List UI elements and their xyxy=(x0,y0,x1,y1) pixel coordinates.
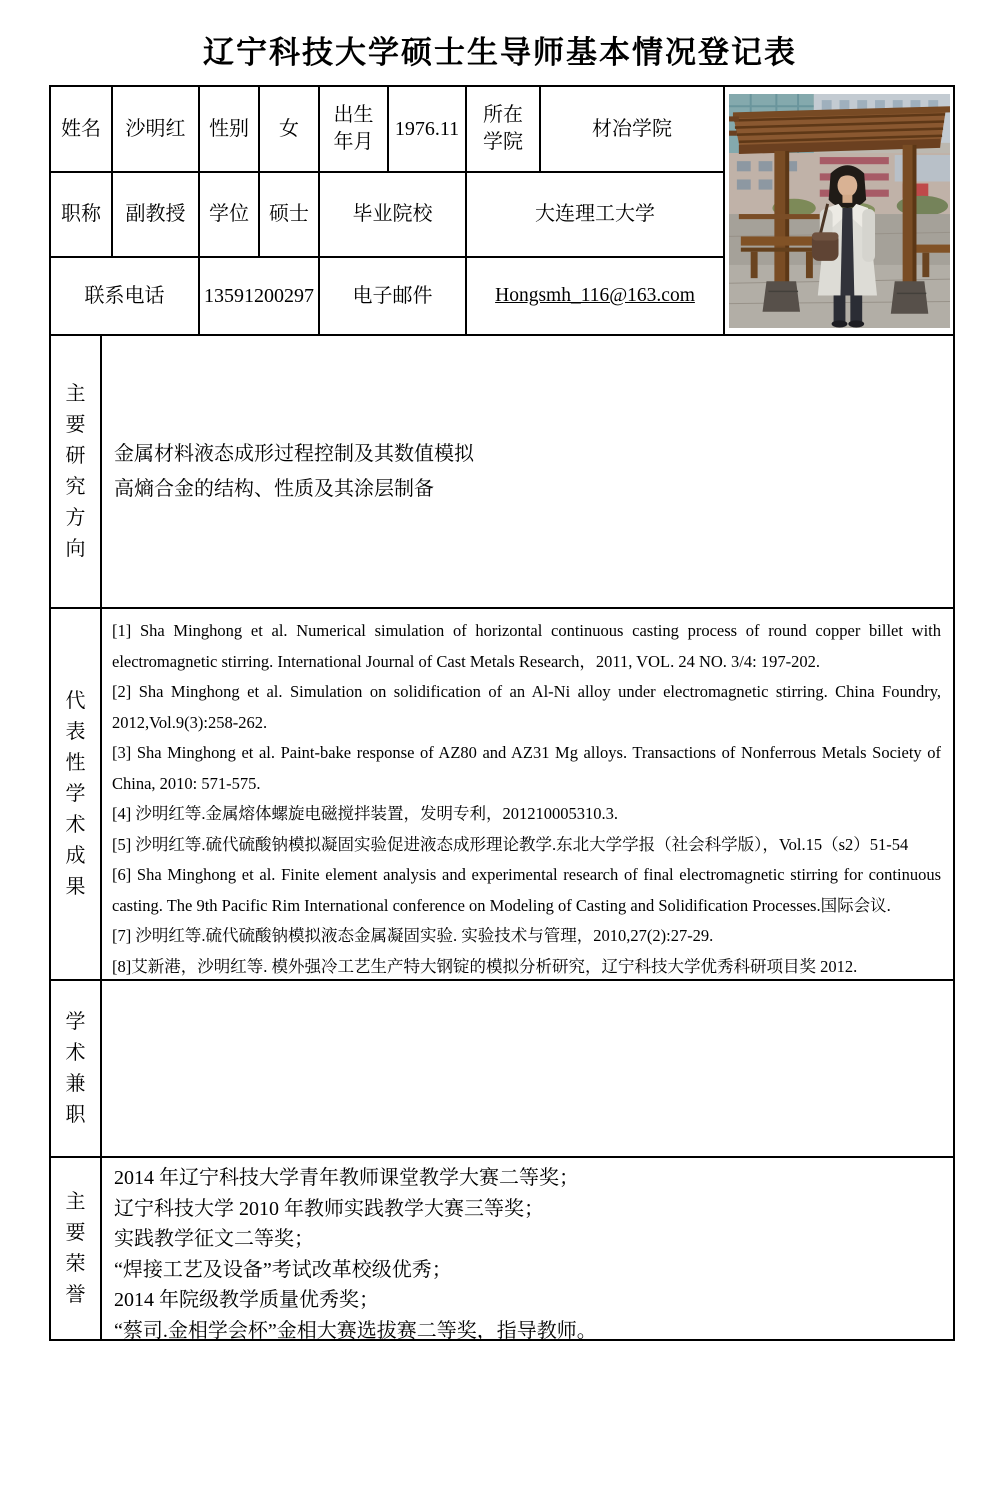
college-label: 所在学院 xyxy=(465,87,539,171)
achievements-content: [1] Sha Minghong et al. Numerical simula… xyxy=(100,609,953,979)
degree-value: 硕士 xyxy=(258,171,318,256)
achievement-item: [7] 沙明红等.硫代硫酸钠模拟液态金属凝固实验. 实验技术与管理，2010,2… xyxy=(112,921,941,952)
achievement-item: [2] Sha Minghong et al. Simulation on so… xyxy=(112,677,941,738)
research-label-cell: 主要研究方向 xyxy=(51,336,100,607)
job-title-label: 职称 xyxy=(51,171,111,256)
gender-label: 性别 xyxy=(198,87,258,171)
registration-table: 姓名 沙明红 性别 女 出生年月 1976.11 所在学院 材冶学院 xyxy=(49,85,955,1341)
supervisor-photo xyxy=(729,94,950,328)
degree-label: 学位 xyxy=(198,171,258,256)
parttime-content xyxy=(100,981,953,1156)
birth-value: 1976.11 xyxy=(387,87,465,171)
section-research: 主要研究方向 金属材料液态成形过程控制及其数值模拟 高熵合金的结构、性质及其涂层… xyxy=(51,334,953,607)
name-label: 姓名 xyxy=(51,87,111,171)
college-value: 材冶学院 xyxy=(539,87,723,171)
honor-item: 实践教学征文二等奖； xyxy=(114,1224,941,1255)
achievements-label: 代表性学术成果 xyxy=(65,686,86,903)
honor-item: 辽宁科技大学 2010 年教师实践教学大赛三等奖； xyxy=(114,1194,941,1225)
honors-label-cell: 主要荣誉 xyxy=(51,1158,100,1339)
achievement-item: [4] 沙明红等.金属熔体螺旋电磁搅拌装置，发明专利，201210005310.… xyxy=(112,799,941,830)
achievement-item: [1] Sha Minghong et al. Numerical simula… xyxy=(112,616,941,677)
job-title-value: 副教授 xyxy=(111,171,198,256)
email-label: 电子邮件 xyxy=(318,256,465,334)
graduate-school-value: 大连理工大学 xyxy=(465,171,723,256)
basic-info-grid: 姓名 沙明红 性别 女 出生年月 1976.11 所在学院 材冶学院 xyxy=(51,87,953,334)
research-line: 金属材料液态成形过程控制及其数值模拟 xyxy=(114,437,941,472)
section-academic-parttime: 学术兼职 xyxy=(51,979,953,1156)
name-value: 沙明红 xyxy=(111,87,198,171)
graduate-school-label: 毕业院校 xyxy=(318,171,465,256)
phone-label: 联系电话 xyxy=(51,256,198,334)
section-achievements: 代表性学术成果 [1] Sha Minghong et al. Numerica… xyxy=(51,607,953,979)
achievement-item: [5] 沙明红等.硫代硫酸钠模拟凝固实验促进液态成形理论教学.东北大学学报（社会… xyxy=(112,830,941,861)
phone-value: 13591200297 xyxy=(198,256,318,334)
research-content: 金属材料液态成形过程控制及其数值模拟 高熵合金的结构、性质及其涂层制备 xyxy=(100,336,953,607)
research-line: 高熵合金的结构、性质及其涂层制备 xyxy=(114,472,941,507)
registration-form-page: 辽宁科技大学硕士生导师基本情况登记表 姓名 沙明红 性别 女 出生年月 1976… xyxy=(0,0,1000,1500)
honor-item: 2014 年院级教学质量优秀奖； xyxy=(114,1285,941,1316)
gender-value: 女 xyxy=(258,87,318,171)
research-label: 主要研究方向 xyxy=(65,379,86,565)
email-value-cell: Hongsmh_116@163.com xyxy=(465,256,723,334)
email-link[interactable]: Hongsmh_116@163.com xyxy=(495,283,695,309)
honors-content: 2014 年辽宁科技大学青年教师课堂教学大赛二等奖； 辽宁科技大学 2010 年… xyxy=(100,1158,953,1339)
parttime-label: 学术兼职 xyxy=(65,1007,86,1131)
achievement-item: [3] Sha Minghong et al. Paint-bake respo… xyxy=(112,738,941,799)
honor-item: “焊接工艺及设备”考试改革校级优秀； xyxy=(114,1255,941,1286)
page-title: 辽宁科技大学硕士生导师基本情况登记表 xyxy=(0,0,1000,72)
honor-item: 2014 年辽宁科技大学青年教师课堂教学大赛二等奖； xyxy=(114,1163,941,1194)
achievement-item: [8]艾新港，沙明红等. 模外强冷工艺生产特大钢锭的模拟分析研究，辽宁科技大学优… xyxy=(112,952,941,979)
honor-item: “蔡司.金相学会杯”金相大赛选拔赛二等奖，指导教师。 xyxy=(114,1316,941,1339)
honors-label: 主要荣誉 xyxy=(65,1187,86,1311)
achievement-item: [6] Sha Minghong et al. Finite element a… xyxy=(112,860,941,921)
photo-cell xyxy=(723,87,953,334)
birth-label: 出生年月 xyxy=(318,87,387,171)
section-honors: 主要荣誉 2014 年辽宁科技大学青年教师课堂教学大赛二等奖； 辽宁科技大学 2… xyxy=(51,1156,953,1339)
achievements-label-cell: 代表性学术成果 xyxy=(51,609,100,979)
parttime-label-cell: 学术兼职 xyxy=(51,981,100,1156)
